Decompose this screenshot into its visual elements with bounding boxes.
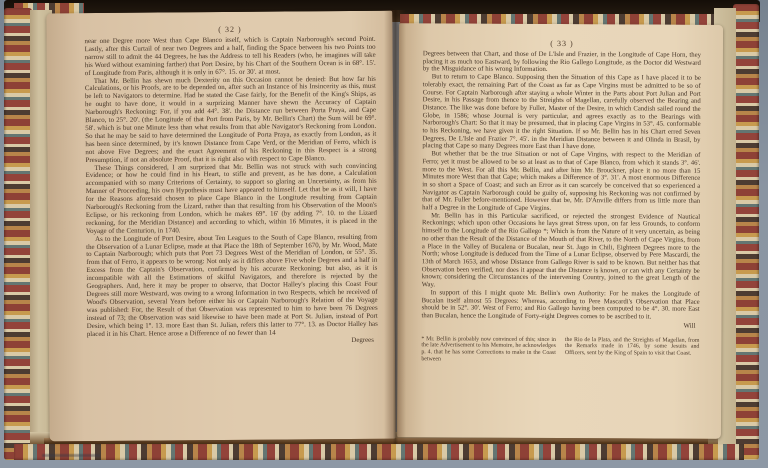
paragraph: As to the Longitude of Port Desire, abou…	[86, 233, 378, 338]
paragraph: But whether that be the true Situation o…	[422, 150, 700, 213]
paragraph: In support of this I might quote Mr. Bel…	[422, 289, 700, 321]
paragraph: near one Degree more West than Cape Blan…	[85, 36, 376, 78]
paragraph: But to return to Cape Blanco. Supposing …	[422, 73, 700, 151]
illegible-surface-mark	[42, 454, 100, 457]
paragraph: That Mr. Bellin has shewn much Dexterity…	[85, 75, 377, 164]
right-page-text-block: Degrees between that Chart, and those of…	[422, 50, 701, 321]
paragraph: These Things considered, I am surprized …	[86, 162, 378, 235]
marbled-edge-bottom	[14, 444, 744, 460]
marbled-edge-right	[733, 4, 759, 460]
paragraph: Degrees between that Chart, and those of…	[423, 50, 701, 75]
left-page-text-block: near one Degree more West than Cape Blan…	[85, 36, 378, 339]
paragraph: Mr. Bellin has in this Particular sacrif…	[422, 212, 700, 290]
right-page-number: ( 33 )	[423, 38, 701, 48]
photographed-book-scene: ( 32 ) near one Degree more West than Ca…	[0, 0, 768, 468]
right-page-catchword: Will	[421, 321, 695, 330]
footnote: * Mr. Bellin is probably now convinced o…	[421, 334, 699, 365]
left-page-number: ( 32 )	[84, 24, 375, 35]
marbled-edge-left	[4, 8, 32, 460]
footnote-column-left: * Mr. Bellin is probably now convinced o…	[421, 336, 556, 364]
footnote-column-right: the Rio de la Plata, and the Streights o…	[565, 337, 700, 365]
left-page-catchword: Degrees	[87, 337, 374, 347]
right-page: ( 33 ) Degrees between that Chart, and t…	[397, 23, 723, 439]
left-page: ( 32 ) near one Degree more West than Ca…	[46, 11, 395, 442]
